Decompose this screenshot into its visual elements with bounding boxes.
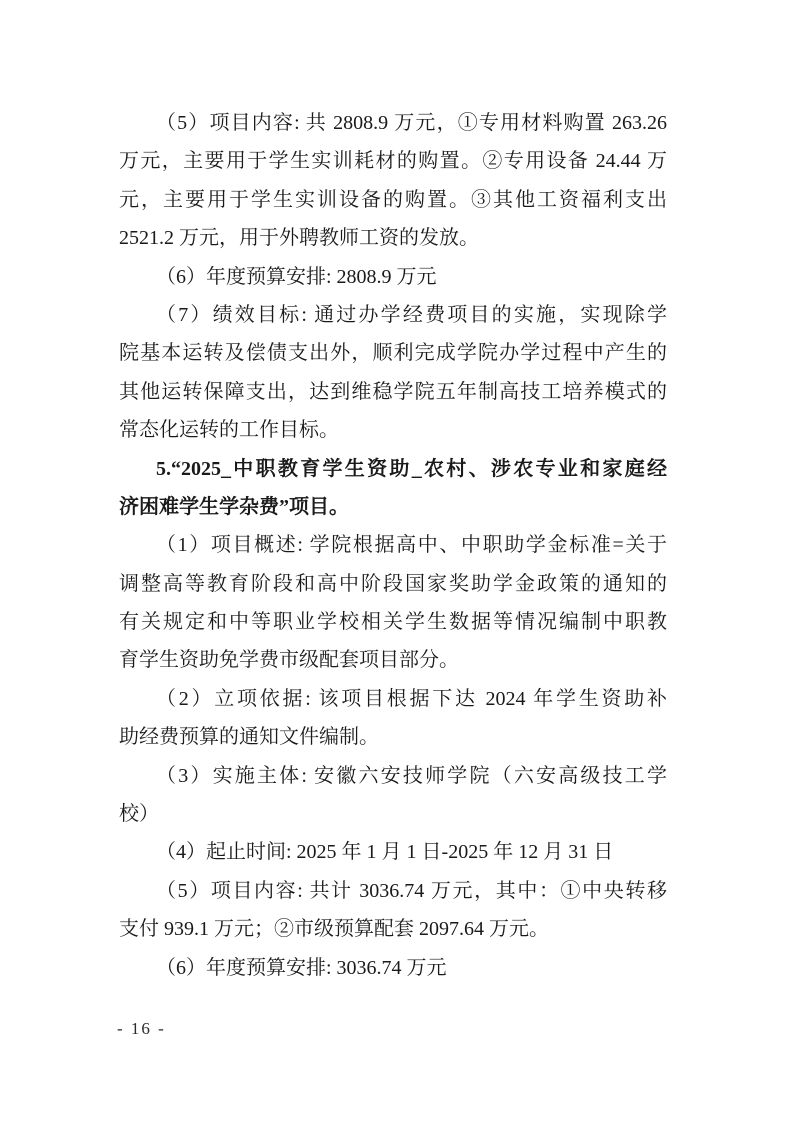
text-line: 助经费预算的通知文件编制。	[119, 718, 667, 756]
section-heading-line: 济困难学生学杂费”项目。	[119, 488, 667, 526]
text-line: 校）	[119, 795, 667, 833]
text-line: 2521.2 万元，用于外聘教师工资的发放。	[119, 219, 667, 257]
text-line: 元，主要用于学生实训设备的购置。③其他工资福利支出	[119, 181, 667, 219]
page-number: - 16 -	[117, 1019, 166, 1039]
text-line: （3）实施主体: 安徽六安技师学院（六安高级技工学	[119, 757, 667, 795]
text-line: 万元，主要用于学生实训耗材的购置。②专用设备 24.44 万	[119, 142, 667, 180]
text-line: 支付 939.1 万元；②市级预算配套 2097.64 万元。	[119, 910, 667, 948]
text-line: 院基本运转及偿债支出外，顺利完成学院办学过程中产生的	[119, 334, 667, 372]
text-line: （5）项目内容: 共计 3036.74 万元，其中：①中央转移	[119, 872, 667, 910]
text-line: 其他运转保障支出，达到维稳学院五年制高技工培养模式的	[119, 373, 667, 411]
text-line: （7）绩效目标: 通过办学经费项目的实施，实现除学	[119, 296, 667, 334]
text-line: 育学生资助免学费市级配套项目部分。	[119, 641, 667, 679]
document-body: （5）项目内容: 共 2808.9 万元，①专用材料购置 263.26 万元，主…	[119, 104, 667, 987]
text-line: （6）年度预算安排: 2808.9 万元	[119, 258, 667, 296]
document-page: （5）项目内容: 共 2808.9 万元，①专用材料购置 263.26 万元，主…	[0, 0, 793, 1122]
text-line: 常态化运转的工作目标。	[119, 411, 667, 449]
text-line: 调整高等教育阶段和高中阶段国家奖助学金政策的通知的	[119, 565, 667, 603]
text-line: （6）年度预算安排: 3036.74 万元	[119, 949, 667, 987]
text-line: 有关规定和中等职业学校相关学生数据等情况编制中职教	[119, 603, 667, 641]
text-line: （4）起止时间: 2025 年 1 月 1 日-2025 年 12 月 31 日	[119, 833, 667, 871]
section-heading-line: 5.“2025_中职教育学生资助_农村、涉农专业和家庭经	[119, 450, 667, 488]
text-line: （5）项目内容: 共 2808.9 万元，①专用材料购置 263.26	[119, 104, 667, 142]
text-line: （1）项目概述: 学院根据高中、中职助学金标准=关于	[119, 526, 667, 564]
text-line: （2）立项依据: 该项目根据下达 2024 年学生资助补	[119, 680, 667, 718]
